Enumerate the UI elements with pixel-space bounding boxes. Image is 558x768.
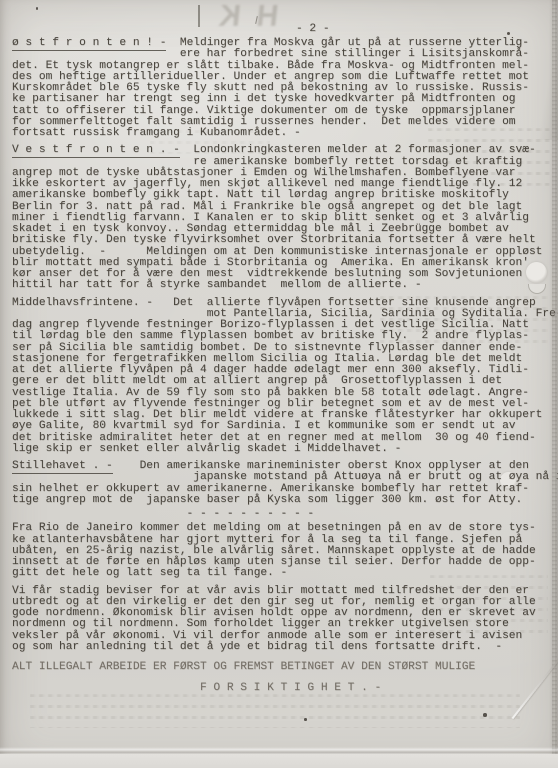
text-line: ke partisaner har trengt seg inn i det t…	[12, 94, 552, 105]
section-forsiktighet-slagord: ALT ILLEGALT ARBEIDE ER FØRST OG FREMST …	[12, 662, 552, 695]
ink-speck	[304, 718, 307, 721]
bottom-strip	[0, 754, 558, 768]
text-line: hittil har tatt for å styrke sambandet m…	[12, 280, 552, 291]
scanned-page: HK - 2 - ø s t f r o n t e n ! - Melding…	[0, 0, 558, 768]
section-heading: Stillehavet . -	[12, 460, 113, 474]
text-line: Fra Rio de Janeiro kommer det melding om…	[12, 523, 552, 534]
section-avisen-appell: Vi får stadig beviser for at vår avis bl…	[12, 586, 552, 654]
text-block: ø s t f r o n t e n ! - Meldinger fra Mo…	[12, 38, 552, 695]
text-line: V e s t f r o n t e n . - Londonkringkas…	[12, 145, 552, 156]
ink-speck	[36, 7, 38, 10]
text-line: gitt det hele og latt seg ta til fange. …	[12, 568, 552, 579]
bleedthrough-smudge	[30, 694, 520, 728]
text-line: nordmenn og til nordmenn. Som forholdet …	[12, 619, 552, 630]
section-separator: - - - - - - - - - -	[12, 509, 552, 520]
paper-edge-texture	[552, 0, 557, 768]
section-ubaat-mytteri: Fra Rio de Janeiro kommer det melding om…	[12, 523, 552, 579]
page-number: - 2 -	[296, 23, 330, 35]
text-line: gere er det blitt meldt om at alliert an…	[12, 376, 552, 387]
text-line: japanske motstand på Attuøya nå er brutt…	[12, 472, 552, 483]
section-heading: ø s t f r o n t e n ! -	[12, 37, 166, 51]
ink-speck	[483, 713, 487, 717]
text-line: britiske fly. Den tyske flyvirksomhet ov…	[12, 235, 552, 246]
text-line: fortsatt russisk framgang i Kubanområdet…	[12, 128, 552, 139]
text-line: og som har anledning til det å yde et bi…	[12, 642, 552, 653]
text-line: amerikanske bombefly gikk tapt. Natt til…	[12, 190, 552, 201]
section-middelhavsfrontene: Middelhavsfrintene. - Det allierte flyvå…	[12, 298, 552, 456]
crease-tick	[198, 5, 200, 27]
text-line: ALT ILLEGALT ARBEIDE ER FØRST OG FREMST …	[12, 662, 552, 673]
section-heading: V e s t f r o n t e n . -	[12, 144, 180, 158]
section-stillehavet: Stillehavet . - Den amerikanske marinemi…	[12, 461, 552, 506]
section-vestfronten: V e s t f r o n t e n . - Londonkringkas…	[12, 145, 552, 291]
separator-dashes: - - - - - - - - - -	[12, 509, 552, 520]
text-line: øye Galite, 80 kvartmil syd for Sardinia…	[12, 421, 552, 432]
text-line: lige skip er senket eller alvårlig skade…	[12, 444, 552, 455]
text-line: til lørdag ble den samme flyplassen bomb…	[12, 331, 552, 342]
bottom-crease	[0, 747, 558, 754]
text-line: F O R S I K T I G H E T . -	[12, 683, 552, 694]
section-ostfronten: ø s t f r o n t e n ! - Meldinger fra Mo…	[12, 38, 552, 139]
section-heading: Middelhavsfrintene. -	[12, 297, 153, 309]
text-line: tige angrep mot de japanske baser på Kys…	[12, 495, 552, 506]
ink-speck	[507, 32, 510, 35]
text-line: ere har forbedret sine stillinger i Lisi…	[12, 49, 552, 60]
